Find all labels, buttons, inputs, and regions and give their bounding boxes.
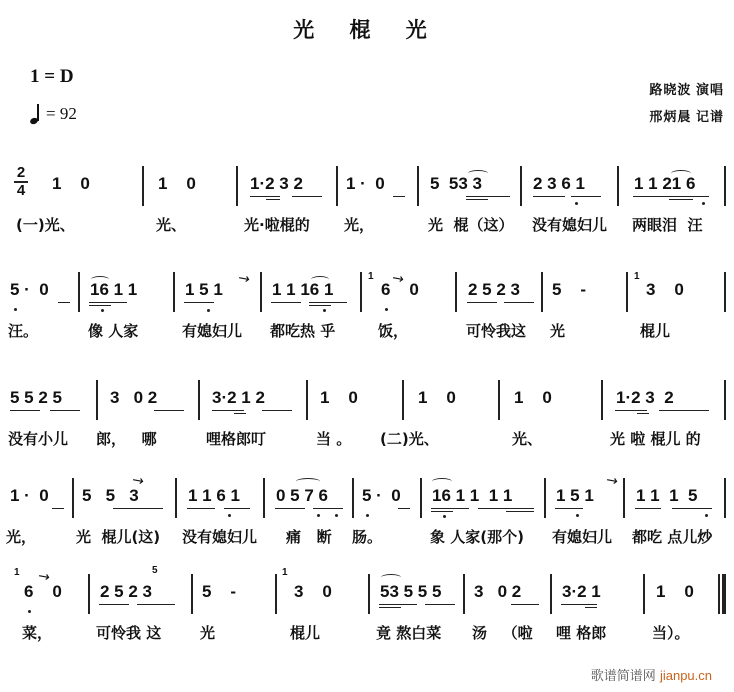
bar-line	[550, 574, 552, 614]
measure-notes: 5 5 2 5	[10, 388, 62, 408]
measure-lyric: 光	[200, 622, 215, 643]
bar-line	[724, 478, 726, 518]
measure-lyric: 光 棍儿(这)	[76, 526, 160, 547]
time-signature: 24	[14, 166, 28, 198]
tempo-marking: = 92	[30, 104, 77, 124]
measure-lyric: 汪。	[8, 320, 38, 341]
measure-notes: 2 5 2 3	[100, 582, 152, 602]
bar-line	[263, 478, 265, 518]
measure-notes: 1 1 1 5	[636, 486, 697, 506]
bar-line	[724, 380, 726, 420]
bar-line	[96, 380, 98, 420]
measure-lyric: 竟 熬白菜	[376, 622, 441, 643]
measure-lyric: 光、	[512, 428, 542, 449]
bar-line	[260, 272, 262, 312]
measure-notes: 5 · 0	[10, 280, 49, 300]
bar-line	[455, 272, 457, 312]
bar-line	[173, 272, 175, 312]
measure-notes: 1 0	[52, 174, 90, 194]
staff-row-3: 5 5 2 5 没有小儿 3 0 2 郎， 哪 3·2 1 2 哩格郎叮 1 0…	[0, 380, 734, 460]
final-bar-line	[722, 574, 726, 614]
measure-lyric: 没有媳妇儿	[532, 214, 607, 235]
measure-notes: 1 · 0	[346, 174, 385, 194]
measure-lyric: 像 人家	[88, 320, 138, 341]
measure-notes: 5 5 3	[82, 486, 139, 506]
grace-note: 1	[368, 272, 374, 282]
measure-notes: 3 0	[646, 280, 684, 300]
glide-arrow-icon: ↘	[234, 268, 253, 289]
measure-lyric: 光，	[344, 214, 374, 235]
staff-row-1: 24 1 0 (一)光、 1 0 光、 1·2 3 2 光·啦棍的 1 · 0 …	[0, 166, 734, 246]
measure-notes: 1 0	[418, 388, 456, 408]
measure-lyric: 哩 格郎	[556, 622, 606, 643]
measure-notes: 1 5 1	[556, 486, 594, 506]
grace-note: 1	[14, 568, 20, 578]
measure-notes: 1 1 21 6	[634, 174, 695, 194]
measure-lyric: 可怜我这	[466, 320, 526, 341]
song-title: 光 棍 光	[0, 14, 734, 44]
measure-notes: 5 -	[552, 280, 586, 300]
bar-line	[463, 574, 465, 614]
measure-lyric: 饭，	[378, 320, 408, 341]
bar-line	[643, 574, 645, 614]
measure-lyric: 汤 （啦	[472, 622, 533, 643]
measure-notes: 0 5 7 6	[276, 486, 328, 506]
measure-lyric: 光	[550, 320, 565, 341]
measure-notes: 1 0	[320, 388, 358, 408]
bar-line	[352, 478, 354, 518]
bar-line	[198, 380, 200, 420]
bar-line	[368, 574, 370, 614]
measure-lyric: 两眼泪 汪	[632, 214, 702, 235]
bar-line	[623, 478, 625, 518]
measure-lyric: (二)光、	[380, 428, 439, 449]
bar-line	[402, 380, 404, 420]
bar-line	[718, 574, 720, 614]
bar-line	[88, 574, 90, 614]
measure-lyric: 光、	[156, 214, 186, 235]
grace-note: 1	[282, 568, 288, 578]
bar-line	[617, 166, 619, 206]
measure-lyric: (一)光、	[16, 214, 75, 235]
glide-arrow-icon: ↘	[602, 470, 621, 491]
measure-lyric: 痛 断	[286, 526, 332, 547]
credits: 路晓波 演唱 邢炳晨 记谱	[649, 76, 724, 130]
measure-lyric: 象 人家(那个)	[430, 526, 524, 547]
measure-lyric: 菜，	[22, 622, 52, 643]
measure-lyric: 棍儿	[290, 622, 320, 643]
measure-lyric: 都吃 点儿炒	[632, 526, 712, 547]
measure-notes: 3·2 1	[562, 582, 601, 602]
bar-line	[78, 272, 80, 312]
bar-line	[336, 166, 338, 206]
bar-line	[72, 478, 74, 518]
measure-lyric: 郎， 哪	[96, 428, 157, 449]
bar-line	[498, 380, 500, 420]
staff-row-2: 5 · 0 汪。 16 1 1 像 人家 1 5 1 ↘ 有媳妇儿 1 1 16…	[0, 272, 734, 352]
measure-lyric: 哩格郎叮	[206, 428, 266, 449]
measure-lyric: 可怜我 这	[96, 622, 161, 643]
measure-notes: 1 · 0	[10, 486, 49, 506]
measure-notes: 1 1 16 1	[272, 280, 333, 300]
measure-lyric: 当）。	[652, 622, 690, 643]
bar-line	[601, 380, 603, 420]
bar-line	[275, 574, 277, 614]
watermark: 歌谱简谱网 jianpu.cn	[591, 665, 712, 684]
bar-line	[626, 272, 628, 312]
measure-lyric: 光 啦 棍儿 的	[610, 428, 701, 449]
bar-line	[420, 478, 422, 518]
bar-line	[142, 166, 144, 206]
measure-lyric: 光·啦棍的	[244, 214, 310, 235]
measure-lyric: 有媳妇儿	[552, 526, 612, 547]
measure-lyric: 肠。	[352, 526, 382, 547]
bar-line	[544, 478, 546, 518]
measure-notes: 1 0	[158, 174, 196, 194]
measure-notes: 1 0	[656, 582, 694, 602]
bar-line	[191, 574, 193, 614]
measure-notes: 1·2 3 2	[616, 388, 674, 408]
staff-row-4: 1 · 0 光， 5 5 3 ↘ 光 棍儿(这) 1 1 6 1 没有媳妇儿 0…	[0, 478, 734, 558]
measure-notes: 3 0 2	[474, 582, 521, 602]
measure-notes: 16 1 1	[90, 280, 137, 300]
bar-line	[175, 478, 177, 518]
measure-notes: 3·2 1 2	[212, 388, 265, 408]
bar-line	[541, 272, 543, 312]
bar-line	[724, 166, 726, 206]
bar-line	[360, 272, 362, 312]
measure-notes: 3 0 2	[110, 388, 157, 408]
measure-notes: 1 5 1	[185, 280, 223, 300]
measure-notes: 3 0	[294, 582, 332, 602]
bar-line	[724, 272, 726, 312]
bar-line	[520, 166, 522, 206]
bar-line	[236, 166, 238, 206]
key-signature: 1 = D	[30, 66, 74, 88]
measure-lyric: 光 棍（这）	[428, 214, 513, 235]
measure-lyric: 光，	[6, 526, 36, 547]
measure-lyric: 没有媳妇儿	[182, 526, 257, 547]
measure-notes: 5 -	[202, 582, 236, 602]
singer-credit: 路晓波 演唱	[649, 76, 724, 103]
measure-notes: 1 1 6 1	[188, 486, 240, 506]
transcriber-credit: 邢炳晨 记谱	[649, 103, 724, 130]
measure-notes: 53 5 5 5	[380, 582, 441, 602]
measure-lyric: 有媳妇儿	[182, 320, 242, 341]
measure-lyric: 当 。	[316, 428, 351, 449]
measure-lyric: 没有小儿	[8, 428, 68, 449]
measure-notes: 5 · 0	[362, 486, 401, 506]
grace-note: 5	[152, 566, 158, 576]
staff-row-5: 1 6 0 ↘ 菜， 5 2 5 2 3 可怜我 这 5 - 光 1 3 0 棍…	[0, 574, 734, 654]
bar-line	[306, 380, 308, 420]
measure-notes: 5 53 3	[430, 174, 482, 194]
measure-notes: 1·2 3 2	[250, 174, 303, 194]
bar-line	[417, 166, 419, 206]
measure-notes: 16 1 1 1 1	[432, 486, 512, 506]
measure-notes: 2 3 6 1	[533, 174, 585, 194]
grace-note: 1	[634, 272, 640, 282]
measure-lyric: 都吃热 乎	[270, 320, 335, 341]
watermark-text: 歌谱简谱网	[591, 669, 656, 684]
watermark-site: jianpu.cn	[660, 668, 712, 683]
measure-lyric: 棍儿	[640, 320, 670, 341]
measure-notes: 2 5 2 3	[468, 280, 520, 300]
quarter-note-icon	[30, 104, 40, 124]
tempo-value: = 92	[46, 104, 77, 124]
measure-notes: 1 0	[514, 388, 552, 408]
